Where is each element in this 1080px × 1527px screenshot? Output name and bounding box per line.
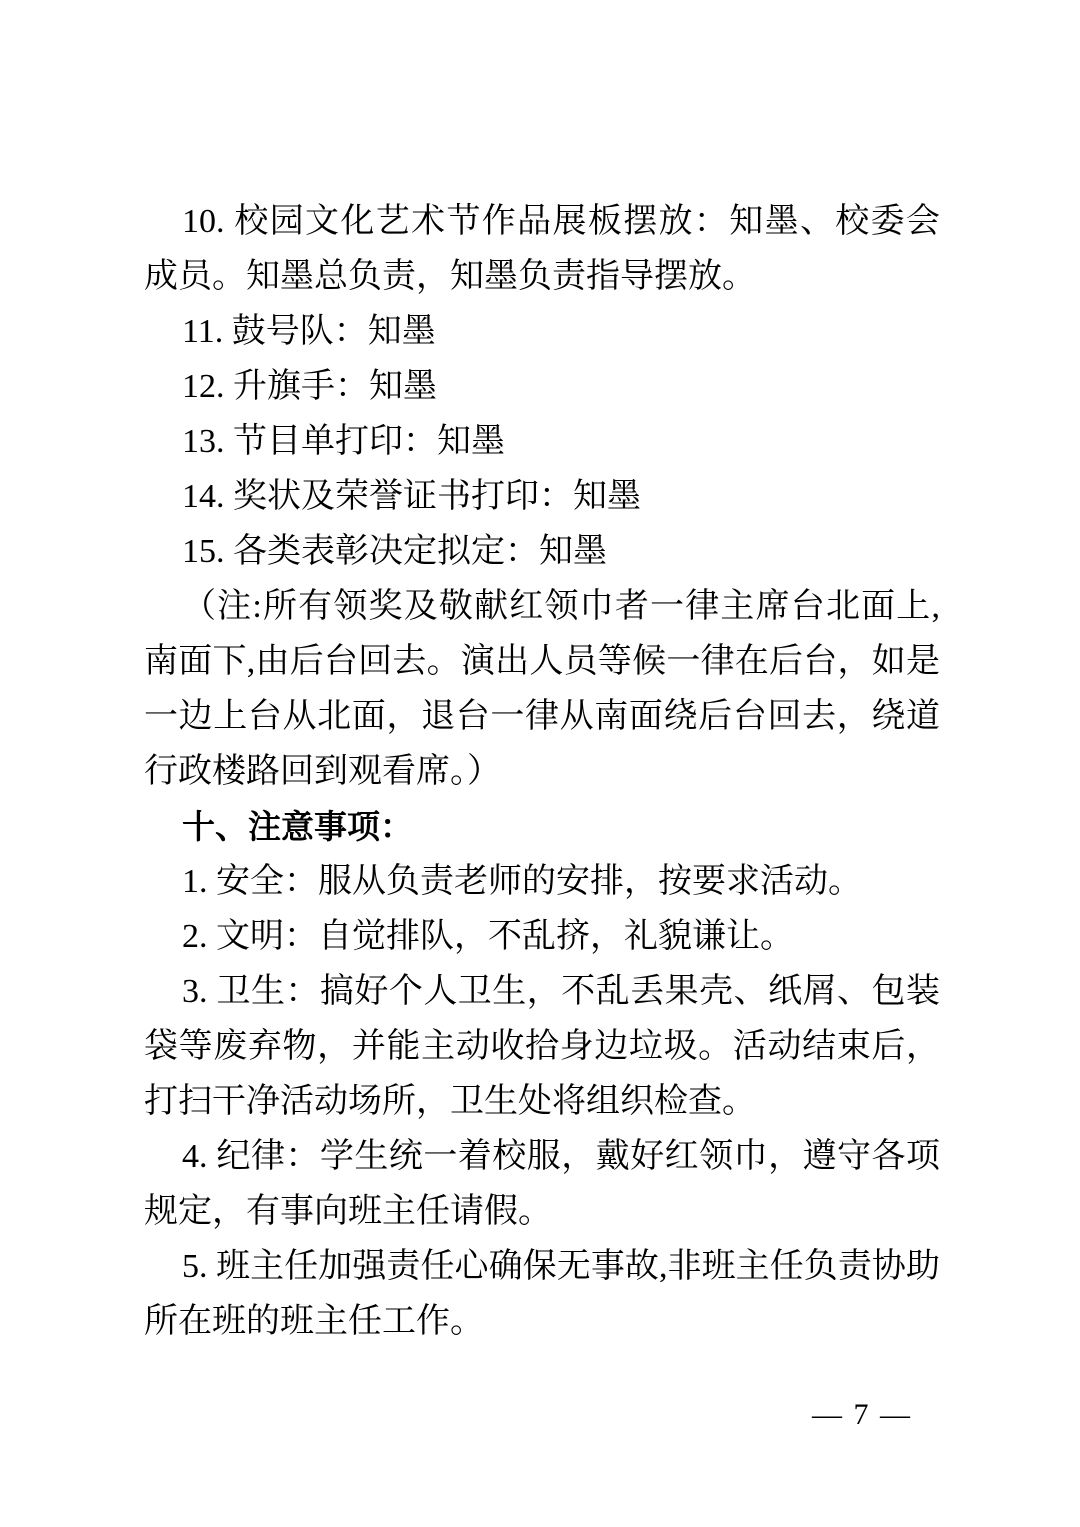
paragraph: 2. 文明：自觉排队，不乱挤，礼貌谦让。 <box>144 909 940 964</box>
page-footer: — 7 — <box>812 1396 912 1434</box>
paragraph: 15. 各类表彰决定拟定：知墨 <box>144 524 940 579</box>
paragraph: 10. 校园文化艺术节作品展板摆放：知墨、校委会成员。知墨总负责，知墨负责指导摆… <box>144 194 940 304</box>
paragraph: 11. 鼓号队：知墨 <box>144 304 940 359</box>
paragraph: 4. 纪律：学生统一着校服，戴好红领巾，遵守各项规定，有事向班主任请假。 <box>144 1129 940 1239</box>
paragraph: 13. 节目单打印：知墨 <box>144 414 940 469</box>
paragraph: （注:所有领奖及敬献红领巾者一律主席台北面上,南面下,由后台回去。演出人员等候一… <box>144 579 940 799</box>
paragraph: 14. 奖状及荣誉证书打印：知墨 <box>144 469 940 524</box>
section-heading: 十、注意事项： <box>144 799 940 854</box>
paragraph: 3. 卫生：搞好个人卫生，不乱丢果壳、纸屑、包装袋等废弃物，并能主动收拾身边垃圾… <box>144 964 940 1129</box>
page-number: — 7 — <box>812 1398 912 1431</box>
paragraph: 12. 升旗手：知墨 <box>144 359 940 414</box>
paragraph: 1. 安全：服从负责老师的安排，按要求活动。 <box>144 854 940 909</box>
document-body: 10. 校园文化艺术节作品展板摆放：知墨、校委会成员。知墨总负责，知墨负责指导摆… <box>144 194 940 1349</box>
paragraph: 5. 班主任加强责任心确保无事故,非班主任负责协助所在班的班主任工作。 <box>144 1239 940 1349</box>
document-page: 10. 校园文化艺术节作品展板摆放：知墨、校委会成员。知墨总负责，知墨负责指导摆… <box>0 0 1080 1527</box>
